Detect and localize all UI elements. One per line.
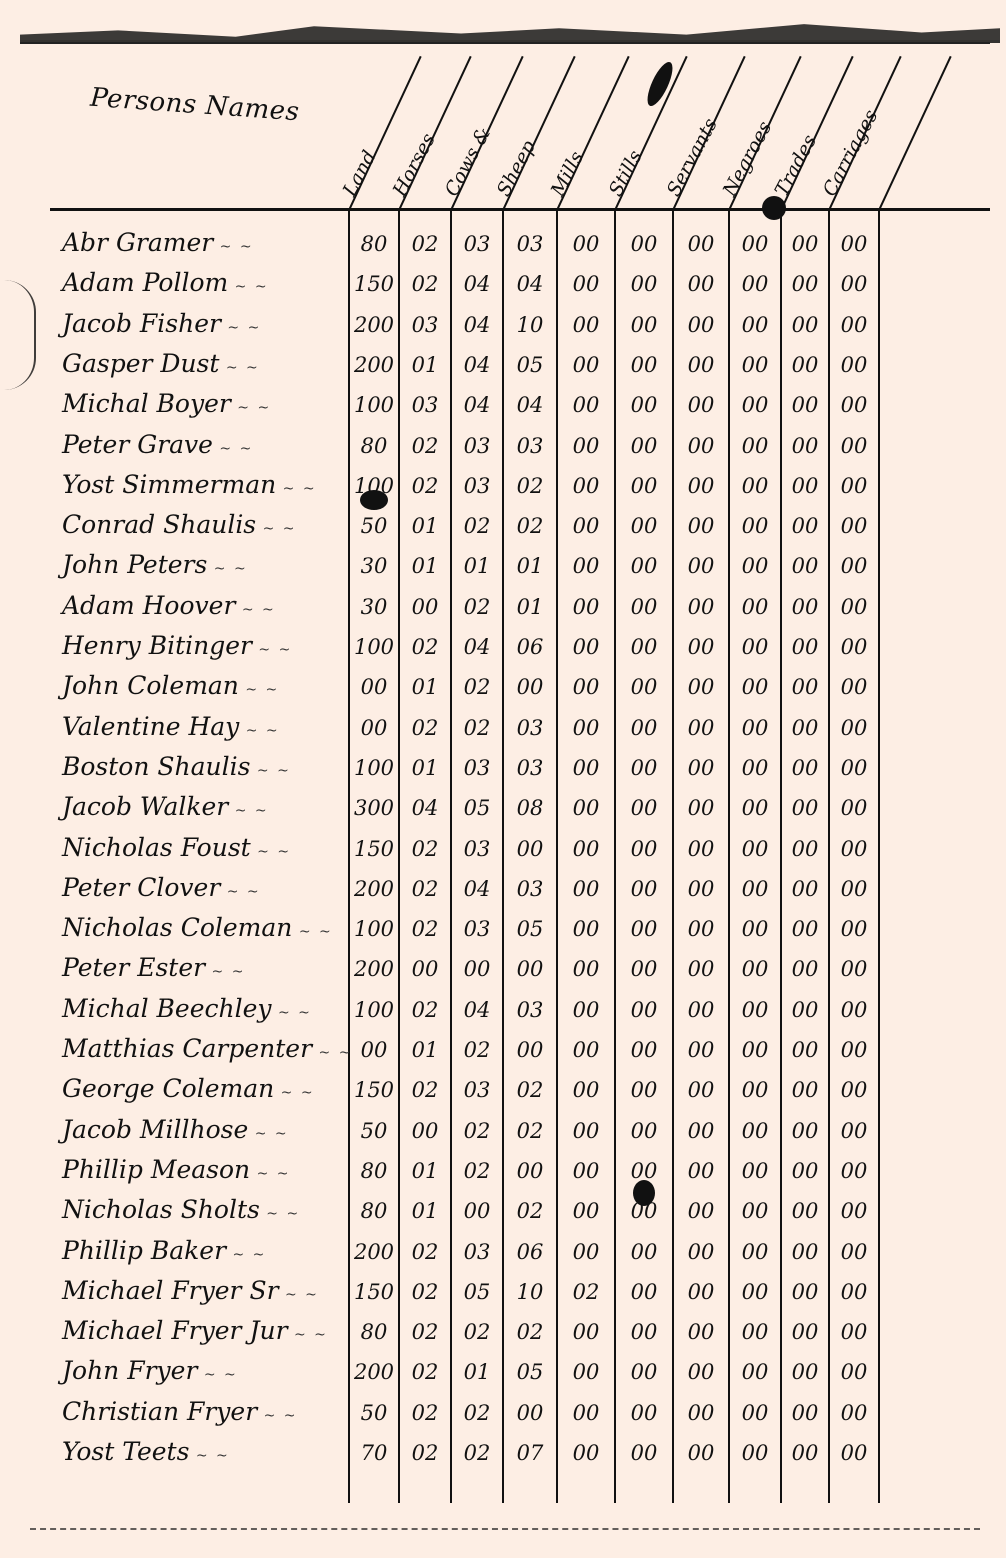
ink-blot: [762, 196, 786, 220]
cell-cows: 04: [454, 353, 500, 377]
cell-horses: 02: [402, 1360, 448, 1384]
cell-cows: 05: [454, 796, 500, 820]
cell-carriages: 00: [832, 514, 876, 538]
cell-servants: 00: [676, 434, 726, 458]
cell-horses: 02: [402, 232, 448, 256]
cell-sheep: 01: [506, 554, 554, 578]
cell-land: 150: [352, 1280, 396, 1304]
cell-cows: 04: [454, 998, 500, 1022]
cell-cows: 01: [454, 1360, 500, 1384]
person-name: Jacob Walker: [62, 792, 352, 821]
cell-carriages: 00: [832, 716, 876, 740]
cell-negroes: 00: [732, 232, 778, 256]
cell-horses: 02: [402, 1280, 448, 1304]
cell-mills: 00: [560, 232, 612, 256]
cell-cows: 02: [454, 1441, 500, 1465]
cell-stills: 00: [618, 1401, 670, 1425]
cell-mills: 00: [560, 1320, 612, 1344]
cell-cows: 03: [454, 1078, 500, 1102]
cell-horses: 02: [402, 635, 448, 659]
cell-servants: 00: [676, 796, 726, 820]
header-rule: [50, 208, 990, 211]
cell-servants: 00: [676, 957, 726, 981]
table-row: Matthias Carpenter00010200000000000000: [0, 1028, 1006, 1068]
cell-carriages: 00: [832, 1119, 876, 1143]
cell-servants: 00: [676, 393, 726, 417]
cell-servants: 00: [676, 595, 726, 619]
cell-land: 80: [352, 232, 396, 256]
cell-land: 200: [352, 957, 396, 981]
cell-trades: 00: [784, 756, 826, 780]
cell-servants: 00: [676, 1401, 726, 1425]
table-row: Adam Pollom150020404000000000000: [0, 262, 1006, 302]
cell-carriages: 00: [832, 1441, 876, 1465]
cell-negroes: 00: [732, 1159, 778, 1183]
ink-blot: [360, 490, 388, 510]
cell-mills: 00: [560, 796, 612, 820]
table-row: Henry Bitinger100020406000000000000: [0, 625, 1006, 665]
cell-carriages: 00: [832, 1240, 876, 1264]
cell-cows: 02: [454, 1320, 500, 1344]
cell-negroes: 00: [732, 353, 778, 377]
top-rule: [20, 42, 990, 44]
person-name: Nicholas Sholts: [62, 1195, 352, 1224]
cell-negroes: 00: [732, 1360, 778, 1384]
cell-servants: 00: [676, 1199, 726, 1223]
cell-land: 150: [352, 837, 396, 861]
cell-carriages: 00: [832, 957, 876, 981]
cell-stills: 00: [618, 635, 670, 659]
column-header-end: [878, 70, 938, 210]
cell-carriages: 00: [832, 1078, 876, 1102]
table-row: George Coleman150020302000000000000: [0, 1068, 1006, 1108]
cell-horses: 00: [402, 957, 448, 981]
cell-negroes: 00: [732, 1280, 778, 1304]
cell-trades: 00: [784, 1320, 826, 1344]
names-column-title: Persons Names: [89, 83, 300, 128]
cell-horses: 01: [402, 675, 448, 699]
cell-mills: 00: [560, 313, 612, 337]
table-row: Yost Teets70020207000000000000: [0, 1431, 1006, 1471]
cell-stills: 00: [618, 232, 670, 256]
cell-land: 80: [352, 1199, 396, 1223]
cell-negroes: 00: [732, 796, 778, 820]
cell-sheep: 03: [506, 232, 554, 256]
cell-cows: 02: [454, 514, 500, 538]
cell-carriages: 00: [832, 1401, 876, 1425]
cell-trades: 00: [784, 1199, 826, 1223]
cell-carriages: 00: [832, 917, 876, 941]
person-name: Valentine Hay: [62, 712, 352, 741]
cell-stills: 00: [618, 756, 670, 780]
cell-trades: 00: [784, 1280, 826, 1304]
cell-horses: 01: [402, 353, 448, 377]
cell-land: 00: [352, 675, 396, 699]
cell-negroes: 00: [732, 635, 778, 659]
cell-cows: 05: [454, 1280, 500, 1304]
cell-mills: 00: [560, 917, 612, 941]
cell-cows: 03: [454, 917, 500, 941]
cell-land: 50: [352, 1401, 396, 1425]
cell-cows: 02: [454, 1159, 500, 1183]
cell-land: 80: [352, 434, 396, 458]
table-row: John Peters30010101000000000000: [0, 544, 1006, 584]
cell-negroes: 00: [732, 474, 778, 498]
person-name: Nicholas Coleman: [62, 913, 352, 942]
cell-carriages: 00: [832, 554, 876, 578]
cell-cows: 03: [454, 474, 500, 498]
cell-stills: 00: [618, 1038, 670, 1062]
torn-bottom-edge: [30, 1520, 980, 1530]
table-row: Jacob Fisher200030410000000000000: [0, 303, 1006, 343]
cell-sheep: 00: [506, 1401, 554, 1425]
cell-cows: 02: [454, 675, 500, 699]
cell-negroes: 00: [732, 1240, 778, 1264]
cell-cows: 03: [454, 837, 500, 861]
cell-mills: 00: [560, 514, 612, 538]
cell-carriages: 00: [832, 1159, 876, 1183]
cell-mills: 02: [560, 1280, 612, 1304]
table-row: Michal Boyer100030404000000000000: [0, 383, 1006, 423]
cell-sheep: 02: [506, 1199, 554, 1223]
cell-land: 50: [352, 514, 396, 538]
person-name: Matthias Carpenter: [62, 1034, 352, 1063]
cell-servants: 00: [676, 1240, 726, 1264]
table-row: Christian Fryer50020200000000000000: [0, 1391, 1006, 1431]
cell-mills: 00: [560, 272, 612, 296]
cell-land: 200: [352, 877, 396, 901]
cell-cows: 02: [454, 716, 500, 740]
cell-servants: 00: [676, 1441, 726, 1465]
cell-sheep: 02: [506, 1320, 554, 1344]
cell-horses: 00: [402, 595, 448, 619]
person-name: John Peters: [62, 550, 352, 579]
cell-servants: 00: [676, 1280, 726, 1304]
cell-negroes: 00: [732, 837, 778, 861]
cell-trades: 00: [784, 957, 826, 981]
cell-stills: 00: [618, 1078, 670, 1102]
cell-servants: 00: [676, 635, 726, 659]
cell-horses: 02: [402, 434, 448, 458]
table-row: Nicholas Coleman100020305000000000000: [0, 907, 1006, 947]
cell-trades: 00: [784, 1360, 826, 1384]
cell-land: 300: [352, 796, 396, 820]
cell-horses: 02: [402, 716, 448, 740]
cell-horses: 00: [402, 1119, 448, 1143]
cell-negroes: 00: [732, 514, 778, 538]
cell-carriages: 00: [832, 353, 876, 377]
cell-mills: 00: [560, 635, 612, 659]
table-row: Peter Ester200000000000000000000: [0, 947, 1006, 987]
person-name: Peter Clover: [62, 873, 352, 902]
cell-stills: 00: [618, 353, 670, 377]
cell-trades: 00: [784, 393, 826, 417]
cell-mills: 00: [560, 1159, 612, 1183]
cell-negroes: 00: [732, 1320, 778, 1344]
cell-sheep: 05: [506, 1360, 554, 1384]
person-name: Michael Fryer Jur: [62, 1316, 352, 1345]
cell-cows: 00: [454, 957, 500, 981]
cell-carriages: 00: [832, 756, 876, 780]
cell-servants: 00: [676, 1360, 726, 1384]
person-name: John Fryer: [62, 1356, 352, 1385]
cell-trades: 00: [784, 434, 826, 458]
person-name: Jacob Millhose: [62, 1115, 352, 1144]
cell-mills: 00: [560, 393, 612, 417]
cell-trades: 00: [784, 998, 826, 1022]
person-name: Peter Ester: [62, 953, 352, 982]
column-header-label: Servants: [663, 115, 722, 200]
cell-stills: 00: [618, 595, 670, 619]
cell-mills: 00: [560, 837, 612, 861]
cell-horses: 01: [402, 554, 448, 578]
cell-land: 80: [352, 1159, 396, 1183]
person-name: Michal Boyer: [62, 389, 352, 418]
cell-sheep: 03: [506, 756, 554, 780]
cell-horses: 02: [402, 998, 448, 1022]
cell-trades: 00: [784, 837, 826, 861]
cell-stills: 00: [618, 554, 670, 578]
cell-mills: 00: [560, 554, 612, 578]
cell-negroes: 00: [732, 1078, 778, 1102]
cell-cows: 03: [454, 434, 500, 458]
cell-carriages: 00: [832, 796, 876, 820]
cell-stills: 00: [618, 1240, 670, 1264]
cell-stills: 00: [618, 957, 670, 981]
cell-negroes: 00: [732, 1199, 778, 1223]
cell-mills: 00: [560, 675, 612, 699]
cell-mills: 00: [560, 474, 612, 498]
cell-cows: 03: [454, 232, 500, 256]
cell-land: 100: [352, 998, 396, 1022]
cell-sheep: 04: [506, 393, 554, 417]
cell-land: 30: [352, 595, 396, 619]
table-row: Phillip Baker200020306000000000000: [0, 1230, 1006, 1270]
cell-negroes: 00: [732, 877, 778, 901]
table-row: Jacob Walker300040508000000000000: [0, 786, 1006, 826]
cell-stills: 00: [618, 474, 670, 498]
person-name: Conrad Shaulis: [62, 510, 352, 539]
cell-sheep: 03: [506, 434, 554, 458]
cell-sheep: 02: [506, 1078, 554, 1102]
cell-horses: 02: [402, 1320, 448, 1344]
cell-servants: 00: [676, 353, 726, 377]
cell-mills: 00: [560, 1038, 612, 1062]
cell-carriages: 00: [832, 1320, 876, 1344]
cell-carriages: 00: [832, 1360, 876, 1384]
cell-cows: 04: [454, 393, 500, 417]
cell-carriages: 00: [832, 675, 876, 699]
cell-trades: 00: [784, 796, 826, 820]
cell-servants: 00: [676, 1078, 726, 1102]
person-name: Christian Fryer: [62, 1397, 352, 1426]
cell-horses: 01: [402, 1199, 448, 1223]
cell-negroes: 00: [732, 957, 778, 981]
cell-horses: 01: [402, 1038, 448, 1062]
cell-trades: 00: [784, 1240, 826, 1264]
cell-sheep: 02: [506, 474, 554, 498]
cell-land: 200: [352, 1240, 396, 1264]
cell-carriages: 00: [832, 272, 876, 296]
person-name: John Coleman: [62, 671, 352, 700]
table-row: Peter Grave80020303000000000000: [0, 424, 1006, 464]
cell-trades: 00: [784, 1441, 826, 1465]
cell-sheep: 10: [506, 1280, 554, 1304]
person-name: Yost Simmerman: [62, 470, 352, 499]
cell-cows: 04: [454, 272, 500, 296]
cell-trades: 00: [784, 877, 826, 901]
cell-servants: 00: [676, 554, 726, 578]
column-header-label: Land: [339, 147, 381, 200]
cell-stills: 00: [618, 1441, 670, 1465]
table-row: John Coleman00010200000000000000: [0, 665, 1006, 705]
cell-land: 100: [352, 917, 396, 941]
cell-cows: 04: [454, 313, 500, 337]
table-row: Peter Clover200020403000000000000: [0, 867, 1006, 907]
cell-land: 100: [352, 756, 396, 780]
table-row: Abr Gramer80020303000000000000: [0, 222, 1006, 262]
cell-sheep: 06: [506, 635, 554, 659]
cell-negroes: 00: [732, 1119, 778, 1143]
cell-negroes: 00: [732, 313, 778, 337]
census-document-page: Persons Names LandHorsesCows &SheepMills…: [0, 0, 1006, 1558]
cell-mills: 00: [560, 957, 612, 981]
table-row: Yost Simmerman100020302000000000000: [0, 464, 1006, 504]
cell-servants: 00: [676, 1038, 726, 1062]
cell-trades: 00: [784, 353, 826, 377]
ink-blot: [633, 1180, 655, 1206]
person-name: Henry Bitinger: [62, 631, 352, 660]
cell-horses: 02: [402, 272, 448, 296]
cell-trades: 00: [784, 635, 826, 659]
cell-horses: 02: [402, 837, 448, 861]
cell-stills: 00: [618, 917, 670, 941]
cell-carriages: 00: [832, 837, 876, 861]
cell-cows: 03: [454, 756, 500, 780]
cell-land: 200: [352, 1360, 396, 1384]
table-row: Gasper Dust200010405000000000000: [0, 343, 1006, 383]
cell-stills: 00: [618, 313, 670, 337]
cell-land: 50: [352, 1119, 396, 1143]
cell-carriages: 00: [832, 474, 876, 498]
cell-trades: 00: [784, 474, 826, 498]
cell-land: 150: [352, 272, 396, 296]
cell-mills: 00: [560, 998, 612, 1022]
cell-mills: 00: [560, 353, 612, 377]
cell-stills: 00: [618, 1320, 670, 1344]
cell-sheep: 10: [506, 313, 554, 337]
cell-land: 30: [352, 554, 396, 578]
table-row: Michal Beechley100020403000000000000: [0, 988, 1006, 1028]
cell-cows: 03: [454, 1240, 500, 1264]
cell-mills: 00: [560, 434, 612, 458]
cell-carriages: 00: [832, 998, 876, 1022]
cell-negroes: 00: [732, 595, 778, 619]
cell-sheep: 04: [506, 272, 554, 296]
cell-servants: 00: [676, 474, 726, 498]
cell-mills: 00: [560, 877, 612, 901]
cell-mills: 00: [560, 1401, 612, 1425]
cell-horses: 02: [402, 917, 448, 941]
cell-stills: 00: [618, 1360, 670, 1384]
table-row: Michael Fryer Sr150020510020000000000: [0, 1270, 1006, 1310]
cell-mills: 00: [560, 1360, 612, 1384]
cell-carriages: 00: [832, 635, 876, 659]
cell-trades: 00: [784, 595, 826, 619]
cell-servants: 00: [676, 313, 726, 337]
person-name: Peter Grave: [62, 430, 352, 459]
cell-servants: 00: [676, 998, 726, 1022]
cell-stills: 00: [618, 514, 670, 538]
cell-servants: 00: [676, 514, 726, 538]
cell-horses: 02: [402, 1401, 448, 1425]
cell-stills: 00: [618, 796, 670, 820]
table-row: Nicholas Sholts80010002000000000000: [0, 1189, 1006, 1229]
torn-top-edge: [20, 22, 1000, 43]
cell-horses: 02: [402, 1441, 448, 1465]
cell-trades: 00: [784, 1159, 826, 1183]
cell-mills: 00: [560, 1119, 612, 1143]
cell-cows: 02: [454, 1401, 500, 1425]
cell-sheep: 00: [506, 675, 554, 699]
cell-trades: 00: [784, 272, 826, 296]
cell-sheep: 03: [506, 716, 554, 740]
cell-servants: 00: [676, 716, 726, 740]
person-name: George Coleman: [62, 1074, 352, 1103]
cell-horses: 03: [402, 393, 448, 417]
cell-horses: 02: [402, 474, 448, 498]
cell-sheep: 03: [506, 877, 554, 901]
cell-trades: 00: [784, 716, 826, 740]
cell-land: 70: [352, 1441, 396, 1465]
table-row: Phillip Meason80010200000000000000: [0, 1149, 1006, 1189]
cell-trades: 00: [784, 1119, 826, 1143]
cell-servants: 00: [676, 1320, 726, 1344]
cell-trades: 00: [784, 514, 826, 538]
cell-negroes: 00: [732, 272, 778, 296]
cell-stills: 00: [618, 434, 670, 458]
cell-sheep: 00: [506, 1159, 554, 1183]
cell-land: 150: [352, 1078, 396, 1102]
cell-stills: 00: [618, 675, 670, 699]
cell-cows: 00: [454, 1199, 500, 1223]
person-name: Michael Fryer Sr: [62, 1276, 352, 1305]
cell-servants: 00: [676, 232, 726, 256]
cell-horses: 02: [402, 877, 448, 901]
person-name: Michal Beechley: [62, 994, 352, 1023]
cell-stills: 00: [618, 837, 670, 861]
cell-negroes: 00: [732, 1401, 778, 1425]
cell-stills: 00: [618, 393, 670, 417]
cell-servants: 00: [676, 675, 726, 699]
column-header-label: Carriages: [819, 106, 883, 200]
cell-horses: 01: [402, 514, 448, 538]
cell-sheep: 02: [506, 1119, 554, 1143]
cell-cows: 02: [454, 595, 500, 619]
cell-carriages: 00: [832, 1280, 876, 1304]
cell-horses: 01: [402, 1159, 448, 1183]
cell-trades: 00: [784, 675, 826, 699]
cell-servants: 00: [676, 1159, 726, 1183]
cell-cows: 02: [454, 1038, 500, 1062]
table-row: John Fryer200020105000000000000: [0, 1350, 1006, 1390]
cell-stills: 00: [618, 998, 670, 1022]
cell-servants: 00: [676, 917, 726, 941]
cell-sheep: 00: [506, 1038, 554, 1062]
cell-mills: 00: [560, 1199, 612, 1223]
cell-sheep: 03: [506, 998, 554, 1022]
cell-sheep: 01: [506, 595, 554, 619]
